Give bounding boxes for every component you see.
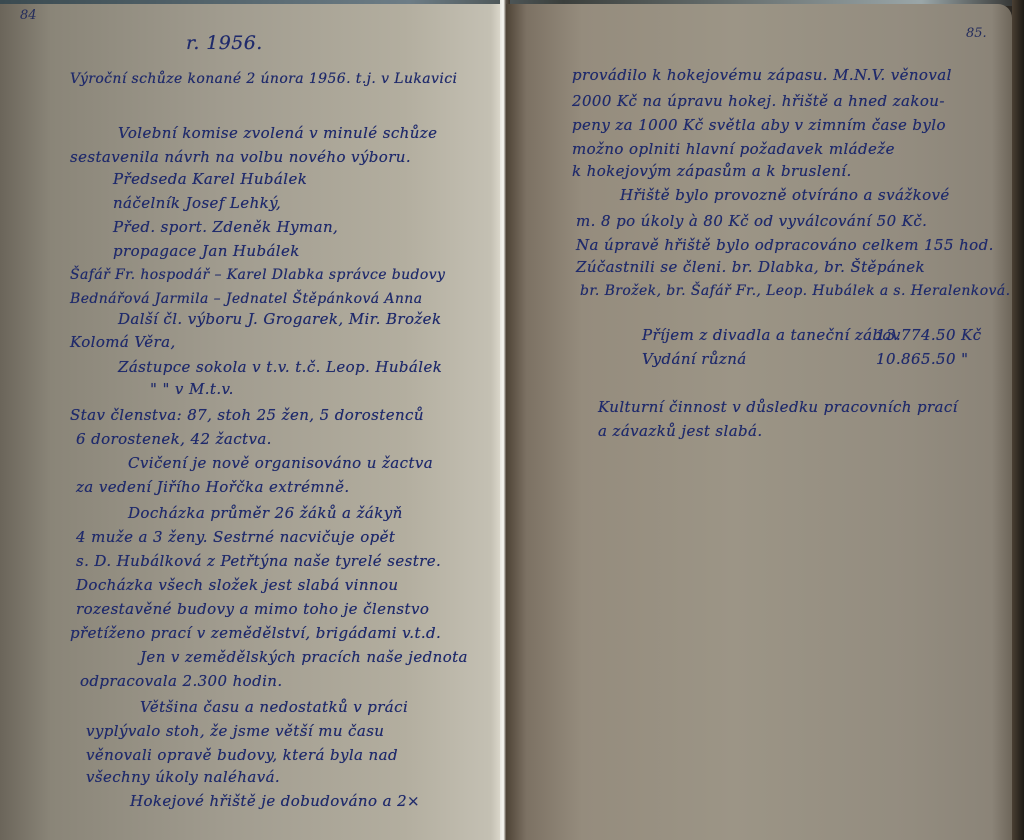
text-line: možno oplniti hlavní požadavek mládeže <box>572 142 895 157</box>
page-number: 84 <box>20 8 37 23</box>
finance-label: Vydání různá <box>642 352 747 367</box>
text-line: m. 8 po úkoly à 80 Kč od vyválcování 50 … <box>576 214 927 229</box>
text-line: Zúčastnili se členi. br. Dlabka, br. Ště… <box>576 260 925 275</box>
text-line: Šafář Fr. hospodář – Karel Dlabka správc… <box>70 268 445 282</box>
text-line: Cvičení je nově organisováno u žactva <box>128 456 433 471</box>
text-line: br. Brožek, br. Šafář Fr., Leop. Hubálek… <box>580 284 1010 298</box>
text-line: 6 dorostenek, 42 žactva. <box>76 432 272 447</box>
text-line: k hokejovým zápasům a k bruslení. <box>572 164 852 179</box>
text-line: věnovali opravě budovy, která byla nad <box>86 748 398 763</box>
text-line: přetíženo prací v zemědělství, brigádami… <box>70 626 441 641</box>
text-line: Bednářová Jarmila – Jednatel Štěpánková … <box>70 292 422 306</box>
text-line: sestavenila návrh na volbu nového výboru… <box>70 150 411 165</box>
text-line: s. D. Hubálková z Petřtýna naše tyrelé s… <box>76 554 441 569</box>
right-page: 85. provádilo k hokejovému zápasu. M.N.V… <box>506 4 1012 840</box>
text-line: všechny úkoly naléhavá. <box>86 770 280 785</box>
finance-amount: 10.865.50 " <box>876 352 968 367</box>
text-line: Volební komise zvolená v minulé schůze <box>118 126 437 141</box>
text-line: Většina času a nedostatků v práci <box>140 700 408 715</box>
text-line: Docházka všech složek jest slabá vinnou <box>76 578 398 593</box>
text-line: provádilo k hokejovému zápasu. M.N.V. vě… <box>572 68 952 83</box>
text-line: Výroční schůze konané 2 února 1956. t.j.… <box>70 72 457 86</box>
year-heading: r. 1956. <box>186 34 263 53</box>
text-line: rozestavěné budovy a mimo toho je členst… <box>76 602 429 617</box>
text-line: Hřiště bylo provozně otvíráno a svážkové <box>620 188 950 203</box>
text-line: náčelník Josef Lehký, <box>113 196 281 211</box>
text-line: Kolomá Věra, <box>70 335 176 350</box>
left-page: 84 r. 1956. Výroční schůze konané 2 únor… <box>0 4 506 840</box>
text-line: Zástupce sokola v t.v. t.č. Leop. Hubále… <box>118 360 442 375</box>
finance-label: Příjem z divadla a taneční zábav <box>642 328 901 343</box>
text-line: Kulturní činnost v důsledku pracovních p… <box>598 400 958 415</box>
text-line: Na úpravě hřiště bylo odpracováno celkem… <box>576 238 994 253</box>
text-line: Předseda Karel Hubálek <box>113 172 307 187</box>
text-line: a závazků jest slabá. <box>598 424 763 439</box>
text-line: Stav členstva: 87, stoh 25 žen, 5 dorost… <box>70 408 424 423</box>
text-line: propagace Jan Hubálek <box>113 244 300 259</box>
text-line: vyplývalo stoh, že jsme větší mu času <box>86 724 384 739</box>
text-line: Před. sport. Zdeněk Hyman, <box>113 220 338 235</box>
page-number: 85. <box>966 26 987 41</box>
finance-amount: 13.774.50 Kč <box>876 328 982 343</box>
text-line: " " v M.t.v. <box>150 382 234 397</box>
text-line: 4 muže a 3 ženy. Sestrné nacvičuje opět <box>76 530 395 545</box>
text-line: peny za 1000 Kč světla aby v zimním čase… <box>572 118 946 133</box>
text-line: 2000 Kč na úpravu hokej. hřiště a hned z… <box>572 94 945 109</box>
text-line: za vedení Jiřího Hořčka extrémně. <box>76 480 350 495</box>
text-line: odpracovala 2.300 hodin. <box>80 674 283 689</box>
text-line: Hokejové hřiště je dobudováno a 2× <box>130 794 420 809</box>
text-line: Další čl. výboru J. Grogarek, Mir. Brože… <box>118 312 441 327</box>
text-line: Docházka průměr 26 žáků a žákyň <box>128 506 403 521</box>
text-line: Jen v zemědělských pracích naše jednota <box>140 650 468 665</box>
book-edge <box>1012 0 1024 840</box>
